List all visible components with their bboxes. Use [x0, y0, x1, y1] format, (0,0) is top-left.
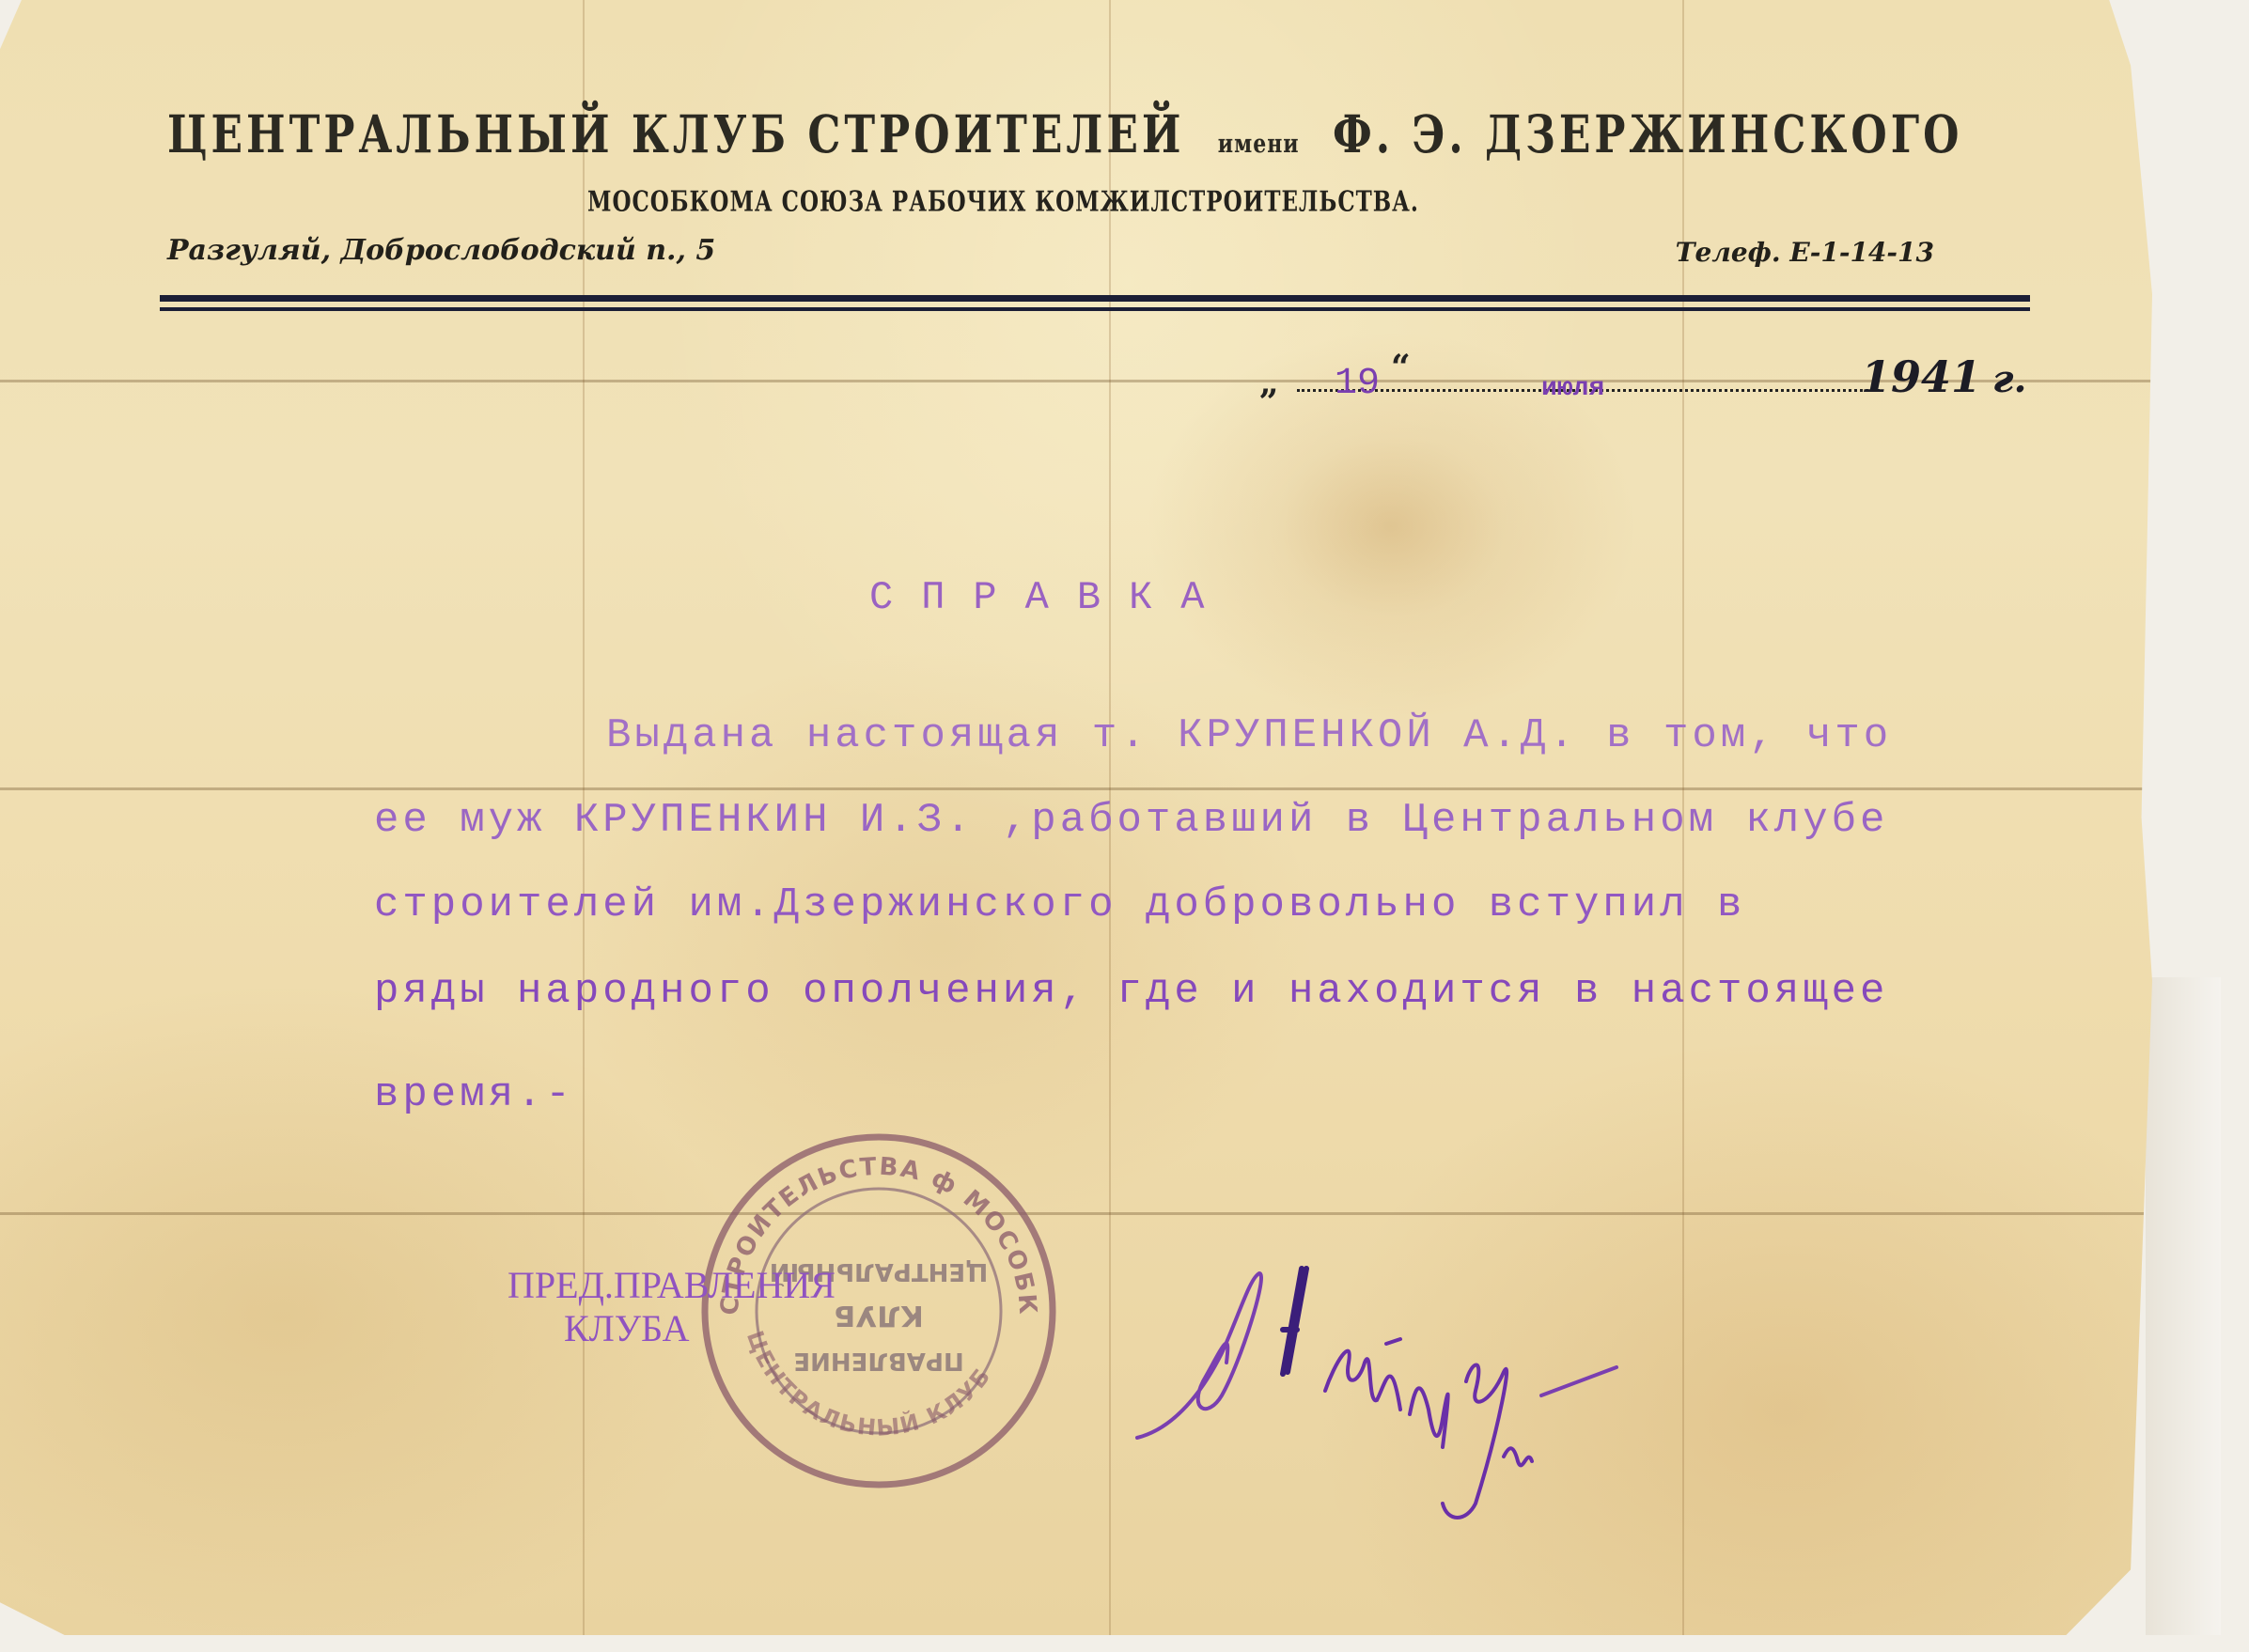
- body-line: ряды народного ополчения, где и находитс…: [374, 968, 1888, 1015]
- date-day: 19: [1335, 363, 1380, 405]
- document-heading: СПРАВКА: [869, 575, 1232, 620]
- stamp-inner-text: КЛУБ: [834, 1299, 923, 1332]
- title-part-2: Ф. Э. ДЗЕРЖИНСКОГО: [1333, 105, 1962, 165]
- letterhead-subtitle: МОСОБКОМА СОЮЗА РАБОЧИХ КОМЖИЛСТРОИТЕЛЬС…: [587, 185, 1419, 218]
- title-imeni: имени: [1218, 129, 1300, 160]
- date-year: 1941: [1861, 351, 1981, 402]
- paper-backing: [2146, 977, 2221, 1635]
- fold-crease: [0, 1212, 2152, 1215]
- date-line: „ 19 “ июля 1941 г.: [1259, 357, 2039, 413]
- title-part-1: ЦЕНТРАЛЬНЫЙ КЛУБ СТРОИТЕЛЕЙ: [167, 105, 1184, 165]
- fold-crease: [0, 787, 2152, 790]
- body-line: ее муж КРУПЕНКИН И.З. ,работавший в Цент…: [374, 797, 1888, 844]
- letterhead-title: ЦЕНТРАЛЬНЫЙ КЛУБ СТРОИТЕЛЕЙ имени Ф. Э. …: [167, 105, 1962, 165]
- letterhead-rule: [160, 307, 2030, 311]
- letterhead-rule: [160, 295, 2030, 302]
- body-line: Выдана настоящая т. КРУПЕНКОЙ А.Д. в том…: [606, 712, 1892, 759]
- letterhead-phone: Телеф. Е-1-14-13: [1676, 237, 1934, 268]
- paper-sheet: ЦЕНТРАЛЬНЫЙ КЛУБ СТРОИТЕЛЕЙ имени Ф. Э. …: [0, 0, 2152, 1635]
- stamp-inner-text: ПРАВЛЕНИЕ: [793, 1347, 963, 1375]
- date-open-quote: „: [1259, 363, 1279, 402]
- letterhead-address: Разгуляй, Доброслободский п., 5: [167, 234, 715, 267]
- signatory-title-line-1: ПРЕД.ПРАВЛЕНИЯ: [508, 1264, 836, 1306]
- body-line: строителей им.Дзержинского добровольно в…: [374, 881, 1745, 928]
- signatory-title-line-2: КЛУБА: [508, 1307, 836, 1350]
- handwritten-signature: [1118, 1222, 1870, 1532]
- date-year-suffix: г.: [1992, 357, 2026, 401]
- document-scan: ЦЕНТРАЛЬНЫЙ КЛУБ СТРОИТЕЛЕЙ имени Ф. Э. …: [0, 0, 2249, 1652]
- date-close-quote: “: [1391, 348, 1411, 387]
- body-line: время.-: [374, 1071, 574, 1118]
- signatory-title: ПРЕД.ПРАВЛЕНИЯ КЛУБА: [508, 1264, 836, 1350]
- date-month: июля: [1541, 374, 1604, 403]
